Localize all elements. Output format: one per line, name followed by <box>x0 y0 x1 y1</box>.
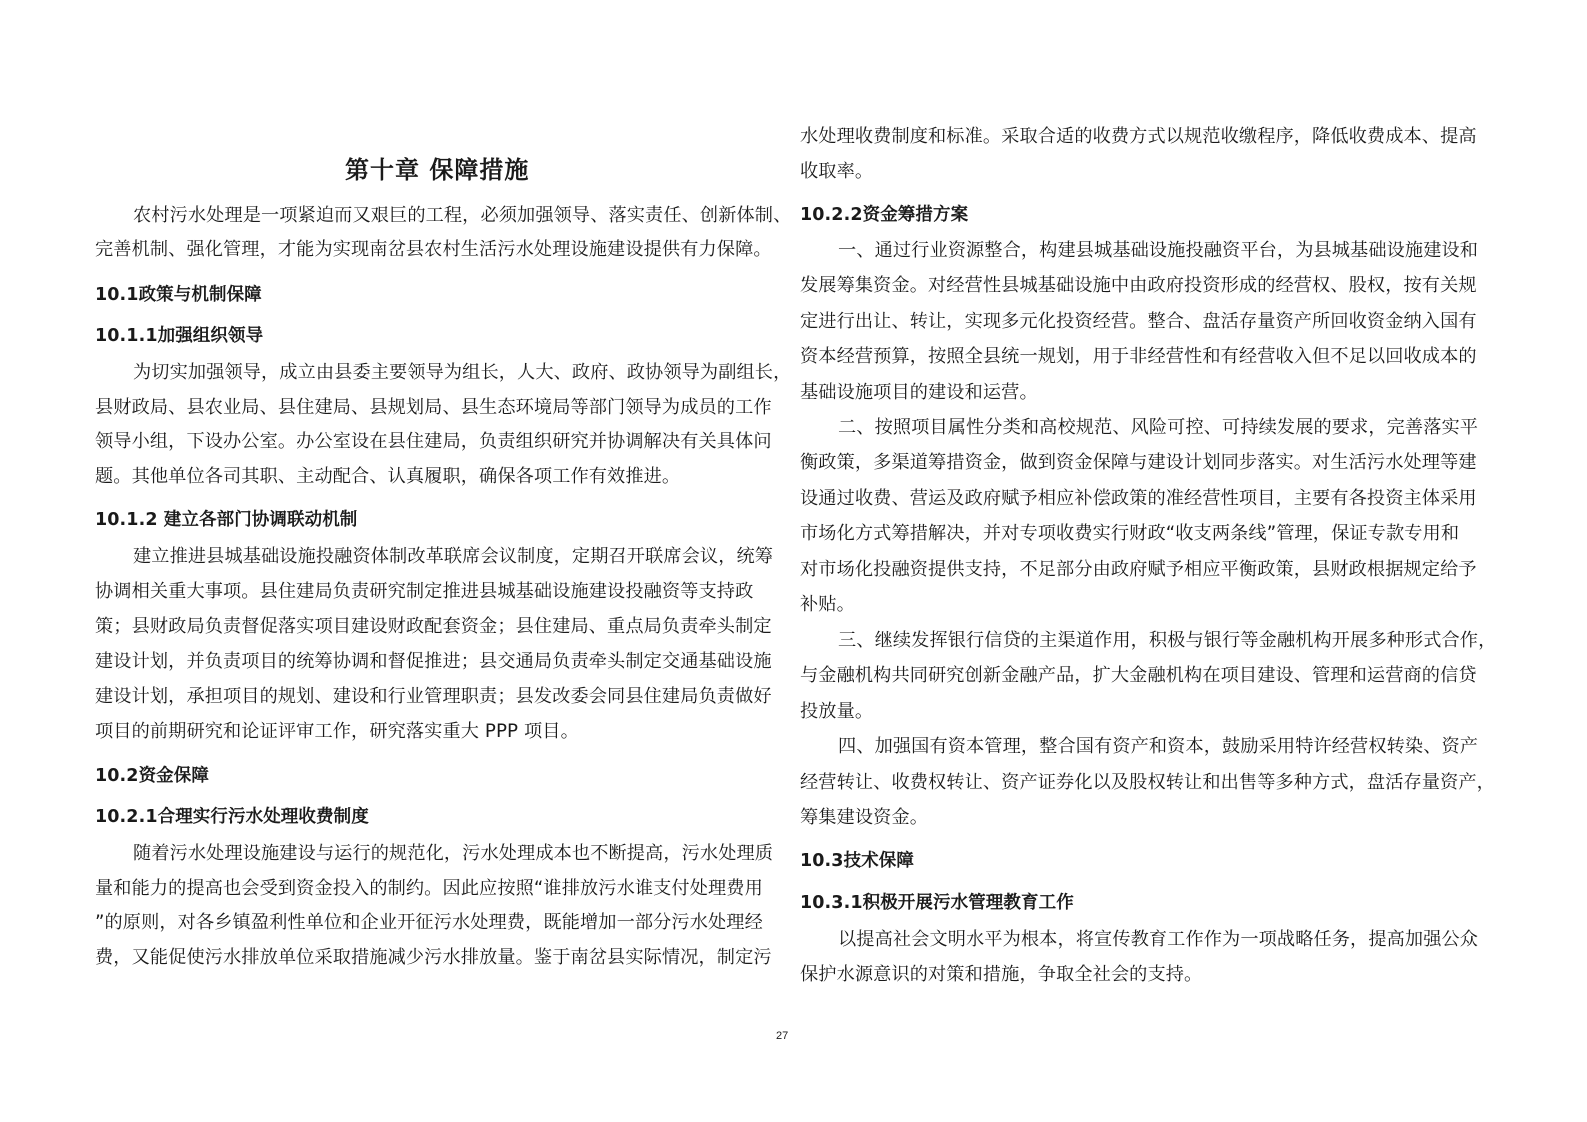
paragraph-line: 农村污水处理是一项紧迫而又艰巨的工程，必须加强领导、落实责任、创新体制、 <box>133 204 791 228</box>
section-heading: 10.1政策与机制保障 <box>95 283 262 307</box>
paragraph-line: 量和能力的提高也会受到资金投入的制约。因此应按照“谁排放污水谁支付处理费用 <box>95 877 763 901</box>
paragraph-line: 一、通过行业资源整合，构建县城基础设施投融资平台，为县城基础设施建设和 <box>838 239 1478 263</box>
chapter-title: 第十章 保障措施 <box>345 150 529 185</box>
subsection-heading: 10.3.1积极开展污水管理教育工作 <box>800 891 1074 915</box>
paragraph-line: 题。其他单位各司其职、主动配合、认真履职，确保各项工作有效推进。 <box>95 465 680 489</box>
section-heading: 10.3技术保障 <box>800 849 914 873</box>
paragraph-line: 随着污水处理设施建设与运行的规范化，污水处理成本也不断提高，污水处理质 <box>133 842 773 866</box>
subsection-heading: 10.1.1加强组织领导 <box>95 324 263 348</box>
paragraph-line: 水处理收费制度和标准。采取合适的收费方式以规范收缴程序，降低收费成本、提高 <box>800 125 1477 149</box>
subsection-heading: 10.1.2 建立各部门协调联动机制 <box>95 508 357 532</box>
paragraph-line: 四、加强国有资本管理，整合国有资产和资本，鼓励采用特许经营权转染、资产 <box>838 735 1478 759</box>
paragraph-line: 以提高社会文明水平为根本，将宣传教育工作作为一项战略任务，提高加强公众 <box>838 928 1478 952</box>
paragraph-line: 收取率。 <box>800 160 873 184</box>
paragraph-line: 筹集建设资金。 <box>800 806 928 830</box>
paragraph-line: 衡政策，多渠道筹措资金，做到资金保障与建设计划同步落实。对生活污水处理等建 <box>800 451 1477 475</box>
paragraph-line: 项目的前期研究和论证评审工作，研究落实重大 PPP 项目。 <box>95 720 579 744</box>
paragraph-line: 发展筹集资金。对经营性县城基础设施中由政府投资形成的经营权、股权，按有关规 <box>800 274 1477 298</box>
paragraph-line: 经营转让、收费权转让、资产证券化以及股权转让和出售等多种方式，盘活存量资产， <box>800 771 1495 795</box>
paragraph-line: 建立推进县城基础设施投融资体制改革联席会议制度，定期召开联席会议，统筹 <box>133 545 773 569</box>
paragraph-line: 投放量。 <box>800 700 873 724</box>
paragraph-line: 协调相关重大事项。县住建局负责研究制定推进县城基础设施建设投融资等支持政 <box>95 580 753 604</box>
paragraph-line: 策；县财政局负责督促落实项目建设财政配套资金；县住建局、重点局负责牵头制定 <box>95 615 772 639</box>
paragraph-line: 设通过收费、营运及政府赋予相应补偿政策的准经营性项目，主要有各投资主体采用 <box>800 487 1477 511</box>
paragraph-line: 建设计划，承担项目的规划、建设和行业管理职责；县发改委会同县住建局负责做好 <box>95 685 772 709</box>
subsection-heading: 10.2.2资金筹措方案 <box>800 203 968 227</box>
paragraph-line: 三、继续发挥银行信贷的主渠道作用，积极与银行等金融机构开展多种形式合作， <box>838 629 1496 653</box>
paragraph-line: 与金融机构共同研究创新金融产品，扩大金融机构在项目建设、管理和运营商的信贷 <box>800 664 1477 688</box>
paragraph-line: 领导小组，下设办公室。办公室设在县住建局，负责组织研究并协调解决有关具体问 <box>95 430 772 454</box>
paragraph-line: 费，又能促使污水排放单位采取措施减少污水排放量。鉴于南岔县实际情况，制定污 <box>95 946 772 970</box>
page-number: 27 <box>776 1030 788 1042</box>
paragraph-line: 为切实加强领导，成立由县委主要领导为组长，人大、政府、政协领导为副组长， <box>133 361 791 385</box>
paragraph-line: 市场化方式筹措解决，并对专项收费实行财政“收支两条线”管理，保证专款专用和 <box>800 522 1459 546</box>
paragraph-line: 保护水源意识的对策和措施，争取全社会的支持。 <box>800 963 1202 987</box>
paragraph-line: 补贴。 <box>800 593 855 617</box>
document-page: 第十章 保障措施 农村污水处理是一项紧迫而又艰巨的工程，必须加强领导、落实责任、… <box>0 0 1587 1122</box>
paragraph-line: 资本经营预算，按照全县统一规划，用于非经营性和有经营收入但不足以回收成本的 <box>800 345 1477 369</box>
paragraph-line: 对市场化投融资提供支持，不足部分由政府赋予相应平衡政策，县财政根据规定给予 <box>800 558 1477 582</box>
subsection-heading: 10.2.1合理实行污水处理收费制度 <box>95 805 369 829</box>
paragraph-line: 县财政局、县农业局、县住建局、县规划局、县生态环境局等部门领导为成员的工作 <box>95 396 772 420</box>
paragraph-line: ”的原则，对各乡镇盈利性单位和企业开征污水处理费，既能增加一部分污水处理经 <box>95 911 763 935</box>
paragraph-line: 完善机制、强化管理，才能为实现南岔县农村生活污水处理设施建设提供有力保障。 <box>95 238 772 262</box>
section-heading: 10.2资金保障 <box>95 764 209 788</box>
paragraph-line: 基础设施项目的建设和运营。 <box>800 381 1038 405</box>
paragraph-line: 建设计划，并负责项目的统筹协调和督促推进；县交通局负责牵头制定交通基础设施 <box>95 650 772 674</box>
paragraph-line: 二、按照项目属性分类和高校规范、风险可控、可持续发展的要求，完善落实平 <box>838 416 1478 440</box>
paragraph-line: 定进行出让、转让，实现多元化投资经营。整合、盘活存量资产所回收资金纳入国有 <box>800 310 1477 334</box>
